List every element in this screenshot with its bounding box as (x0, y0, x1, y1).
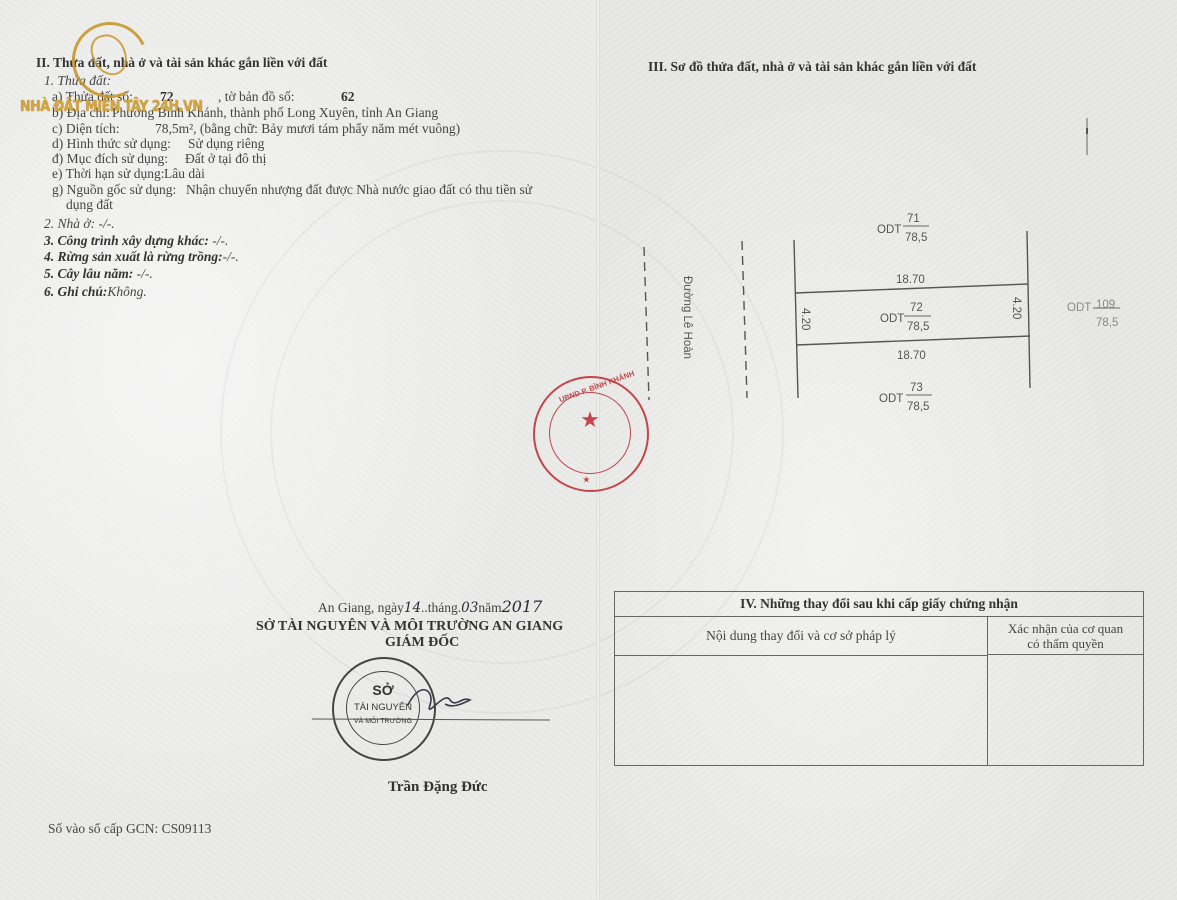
brand-watermark: NHÀ ĐẤT MIỀN TÂY 24H.VN (20, 97, 202, 115)
date-line: An Giang, ngày14..tháng.03năm2017 (318, 599, 542, 616)
origin-value-line2: dụng đất (66, 197, 113, 213)
parcel-109-type: ODT (1067, 300, 1091, 316)
other-construction-label: 3. Công trình xây dựng khác: (44, 233, 209, 248)
house-item: 2. Nhà ở: -/-. (44, 216, 115, 232)
position-title: GIÁM ĐỐC (385, 635, 459, 651)
date-month: 03 (461, 600, 478, 616)
confirmation-header-line2: có thẩm quyền (988, 636, 1143, 651)
other-construction-item: 3. Công trình xây dựng khác: -/-. (44, 233, 228, 249)
date-year: 2017 (502, 597, 543, 616)
seal-line2: TÀI NGUYÊN (347, 702, 419, 713)
seal-line1: SỞ (347, 682, 419, 698)
registry-value: CS09113 (162, 821, 212, 836)
note-value: Không. (107, 284, 146, 299)
agency-seal: SỞ TÀI NGUYÊN VÀ MÔI TRƯỜNG (332, 657, 436, 761)
parcel-72-type: ODT (880, 311, 904, 327)
origin-label: g) Nguồn gốc sử dụng: (52, 182, 176, 198)
dimension-top: 18.70 (896, 272, 925, 288)
registry-label: Số vào sổ cấp GCN: (48, 821, 158, 836)
dimension-bottom: 18.70 (897, 348, 926, 364)
usage-form-value: Sử dụng riêng (188, 136, 264, 152)
dimension-right: 4.20 (1008, 297, 1024, 319)
area-label: c) Diện tích: (52, 121, 119, 137)
area-value: 78,5m², (bằng chữ: Bảy mươi tám phẩy năm… (155, 121, 460, 137)
agency-seal-inner: SỞ TÀI NGUYÊN VÀ MÔI TRƯỜNG (346, 671, 420, 745)
forest-label: 4. Rừng sản xuất là rừng trồng: (44, 249, 223, 264)
date-prefix: An Giang, ngày (318, 600, 404, 615)
changes-col-content-header: Nội dung thay đổi và cơ sở pháp lý (615, 617, 988, 656)
origin-value-line1: Nhận chuyển nhượng đất được Nhà nước gia… (186, 182, 532, 198)
agency-name: SỞ TÀI NGUYÊN VÀ MÔI TRƯỜNG AN GIANG (256, 619, 563, 635)
seal-line3: VÀ MÔI TRƯỜNG (347, 718, 419, 725)
parcel-73-type: ODT (879, 391, 903, 407)
perennial-item: 5. Cây lâu năm: -/-. (44, 266, 153, 282)
term-label: e) Thời hạn sử dụng: (52, 166, 164, 182)
perennial-value: -/-. (137, 266, 153, 281)
note-label: 6. Ghi chú: (44, 284, 107, 299)
parcel-71-number: 71 (907, 211, 920, 227)
parcel-72-area: 78,5 (907, 319, 929, 335)
changes-table-title: IV. Những thay đổi sau khi cấp giấy chứn… (615, 592, 1143, 617)
changes-table: IV. Những thay đổi sau khi cấp giấy chứn… (614, 591, 1144, 766)
ward-seal-inner: ★ (549, 392, 631, 474)
parcel-109-number: 109 (1096, 297, 1115, 313)
forest-item: 4. Rừng sản xuất là rừng trồng:-/-. (44, 249, 239, 265)
changes-content-cell (615, 656, 988, 765)
dimension-left: 4.20 (797, 308, 813, 330)
house-value: -/-. (98, 216, 114, 231)
perennial-label: 5. Cây lâu năm: (44, 266, 133, 281)
parcel-71-area: 78,5 (905, 230, 927, 246)
other-construction-value: -/-. (212, 233, 228, 248)
parcel-73-number: 73 (910, 380, 923, 396)
road-name: Đường Lê Hoàn (679, 276, 695, 359)
purpose-value: Đất ở tại đô thị (185, 151, 266, 167)
registry-number: Số vào sổ cấp GCN: CS09113 (48, 821, 211, 837)
section-iii-title: III. Sơ đồ thửa đất, nhà ở và tài sản kh… (648, 59, 976, 75)
usage-form-label: d) Hình thức sử dụng: (52, 136, 171, 152)
purpose-label: đ) Mục đích sử dụng: (52, 151, 168, 167)
national-emblem-star-icon: ★ (550, 407, 630, 433)
changes-confirmation-cell (988, 656, 1143, 765)
map-sheet-value: 62 (341, 89, 355, 105)
forest-value: -/-. (223, 249, 239, 264)
parcel-109-area: 78,5 (1096, 315, 1118, 331)
month-label: tháng (428, 600, 458, 615)
map-sheet-label: , tờ bản đồ số: (218, 89, 295, 105)
note-item: 6. Ghi chú:Không. (44, 284, 147, 300)
ward-seal: ★ UBND P. BÌNH KHÁNH ★ (533, 376, 649, 492)
parcel-73-area: 78,5 (907, 399, 929, 415)
changes-col-confirmation-header: Xác nhận của cơ quan có thẩm quyền (988, 617, 1143, 655)
ward-seal-star-bottom-icon: ★ (583, 475, 590, 484)
year-label: năm (478, 600, 501, 615)
house-label: 2. Nhà ở: (44, 216, 95, 231)
signer-name: Trần Đặng Đức (388, 779, 488, 795)
parcel-71-type: ODT (877, 222, 901, 238)
date-day: 14 (404, 600, 421, 616)
parcel-72-number: 72 (910, 300, 923, 316)
confirmation-header-line1: Xác nhận của cơ quan (988, 621, 1143, 636)
term-value: Lâu dài (164, 166, 205, 182)
